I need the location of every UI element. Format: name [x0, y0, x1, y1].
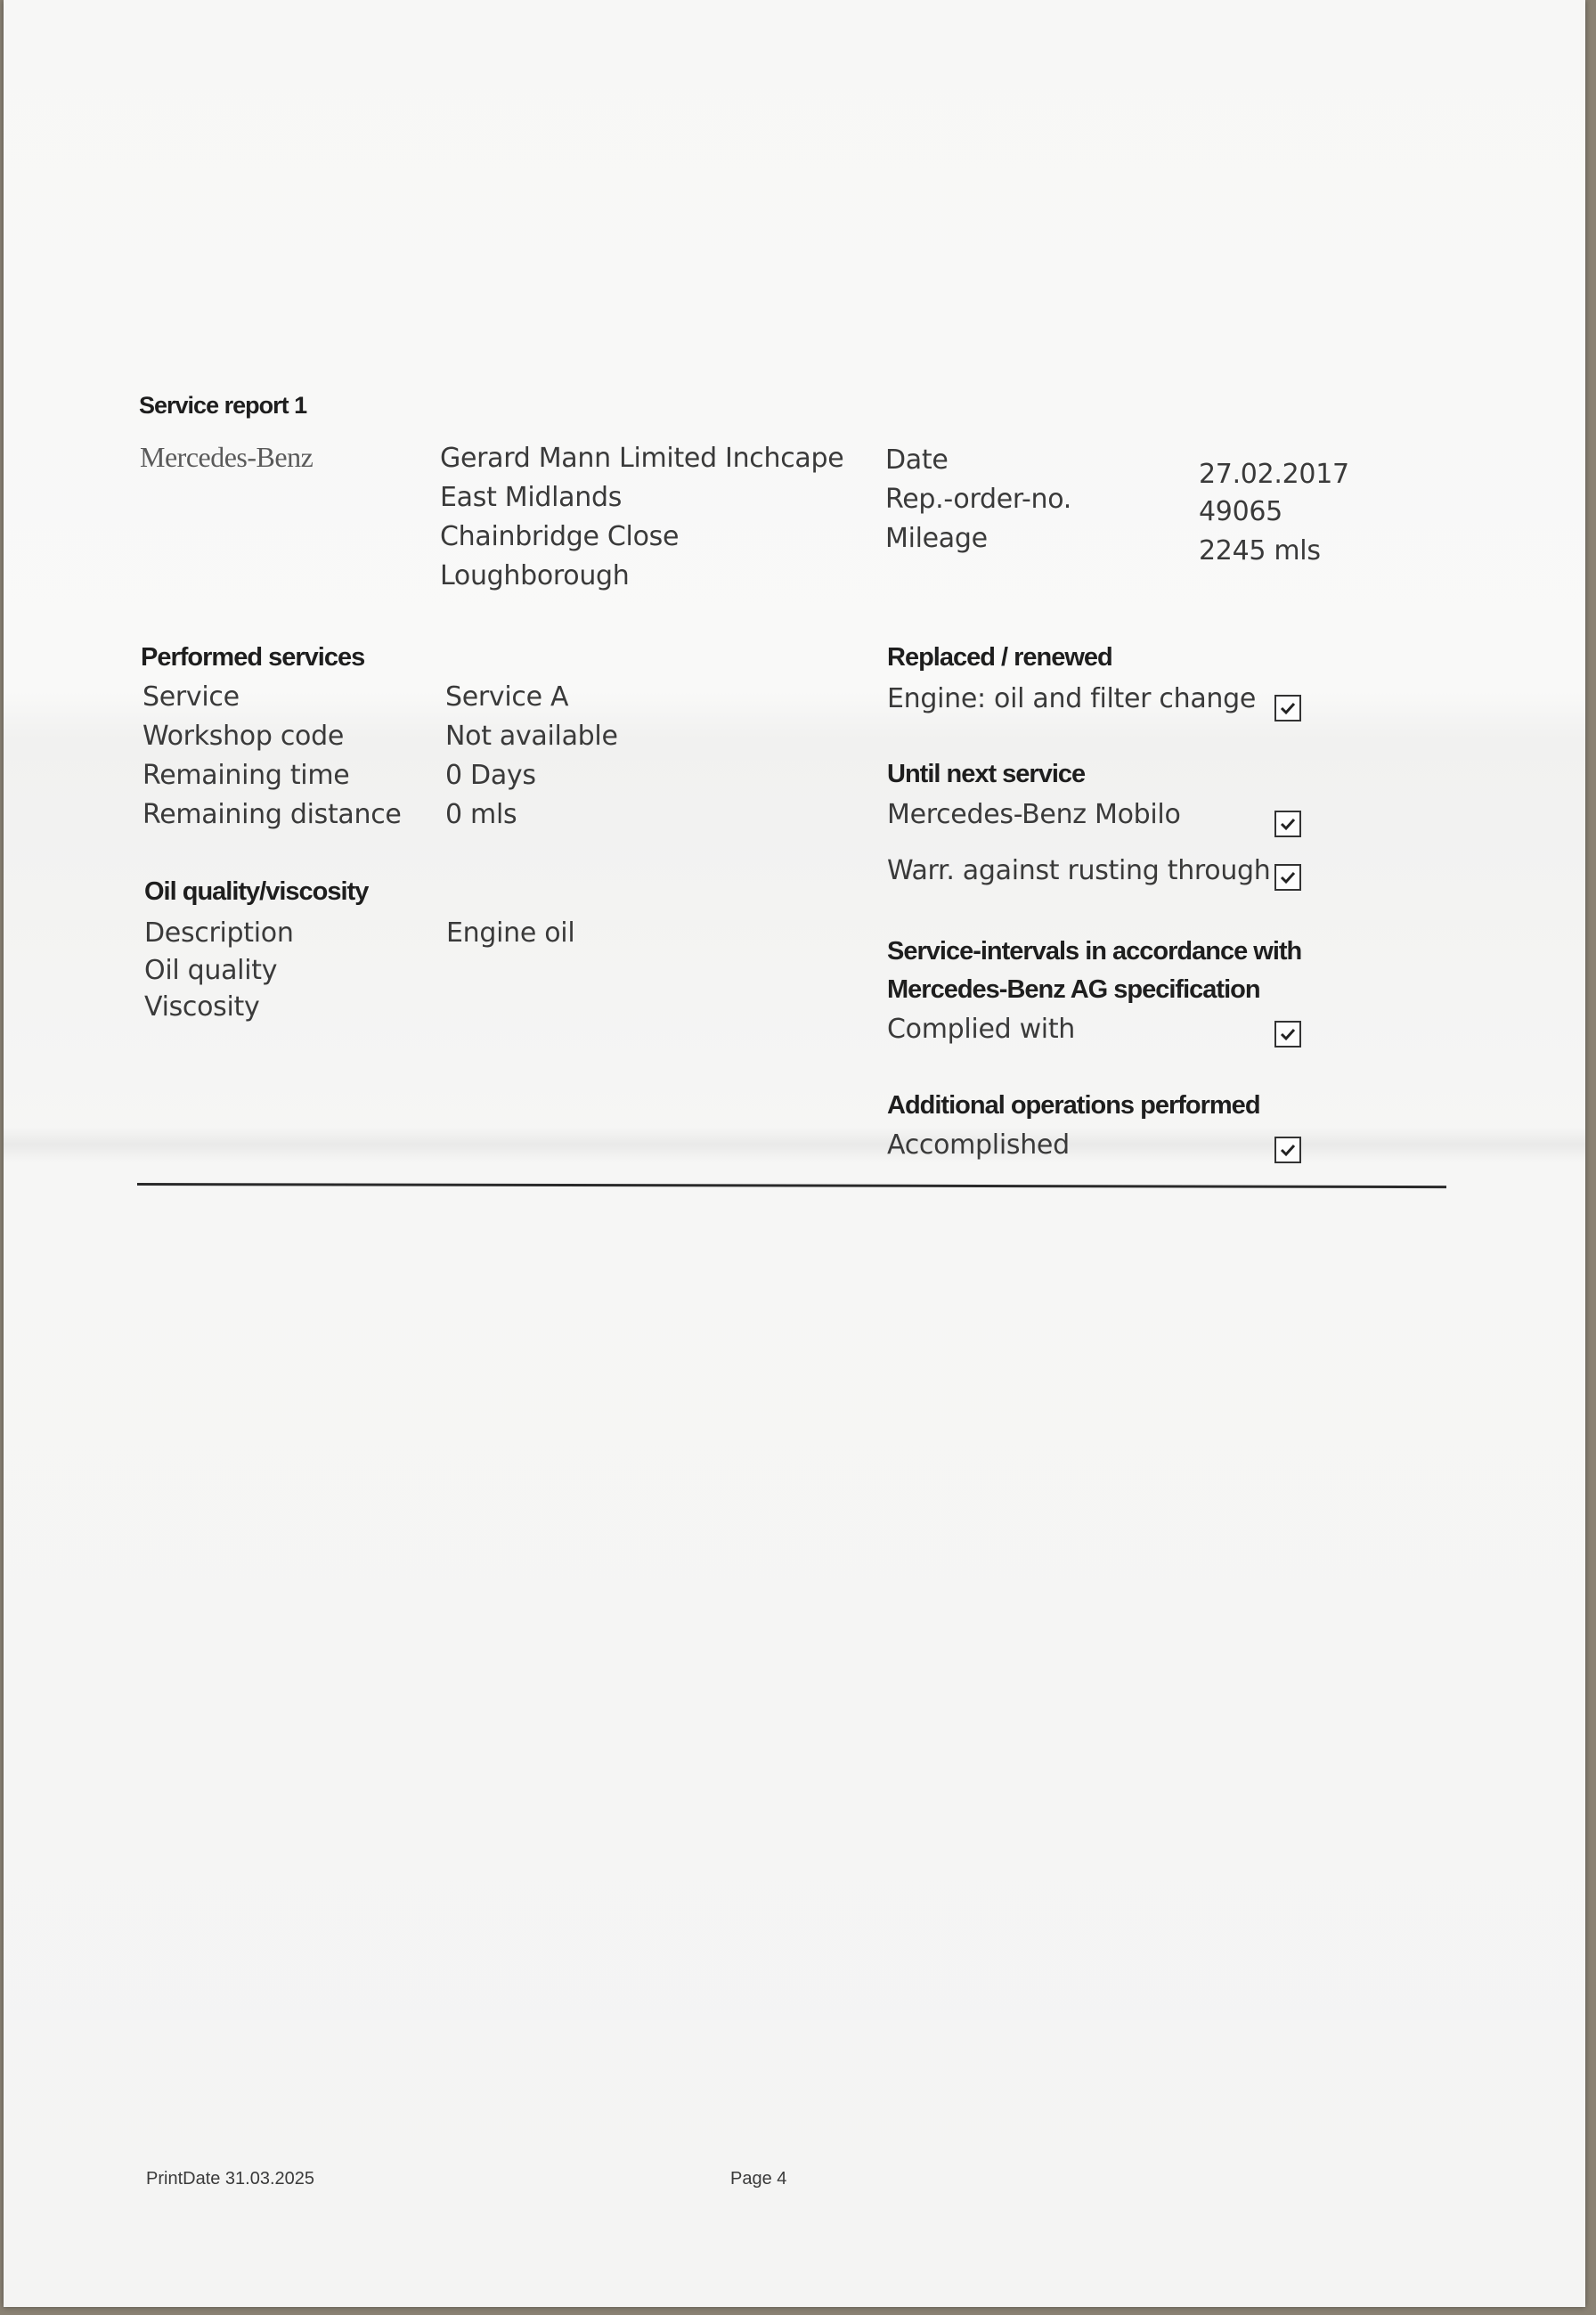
workshop-code-value: Not available [445, 721, 618, 752]
replaced-item-label: Engine: oil and filter change [887, 683, 1256, 714]
intervals-heading-line2: Mercedes-Benz AG specification [887, 975, 1260, 1005]
intervals-heading-line1: Service-intervals in accordance with [887, 937, 1301, 966]
check-icon [1279, 868, 1297, 886]
accomplished-label: Accomplished [887, 1129, 1070, 1161]
check-icon [1279, 1025, 1297, 1043]
dealer-line: East Midlands [440, 482, 622, 513]
mileage-value: 2245 mls [1199, 535, 1321, 567]
until-next-heading: Until next service [887, 760, 1085, 789]
service-value: Service A [445, 681, 568, 713]
oil-description-value: Engine oil [446, 917, 574, 949]
page-number: Page 4 [730, 2169, 786, 2189]
date-label: Date [885, 444, 949, 476]
print-date: PrintDate 31.03.2025 [146, 2169, 314, 2189]
mobilo-checkbox[interactable] [1274, 811, 1301, 837]
check-icon [1279, 699, 1297, 717]
dealer-line: Chainbridge Close [440, 521, 679, 552]
dealer-line: Loughborough [440, 560, 630, 591]
rep-order-label: Rep.-order-no. [885, 484, 1071, 515]
remaining-distance-label: Remaining distance [142, 799, 402, 830]
oil-quality-label: Oil quality [144, 955, 277, 986]
paper-fold [4, 1127, 1585, 1162]
accomplished-checkbox[interactable] [1274, 1137, 1301, 1163]
workshop-code-label: Workshop code [142, 721, 344, 752]
remaining-distance-value: 0 mls [445, 799, 517, 830]
oil-description-label: Description [144, 917, 294, 949]
oil-heading: Oil quality/viscosity [144, 877, 368, 907]
check-icon [1279, 1141, 1297, 1159]
rust-warranty-label: Warr. against rusting through [887, 855, 1271, 886]
brand-logo-text: Mercedes-Benz [140, 441, 313, 474]
section-divider [137, 1183, 1446, 1188]
rust-warranty-checkbox[interactable] [1274, 864, 1301, 891]
remaining-time-value: 0 Days [445, 760, 536, 791]
mileage-label: Mileage [885, 523, 988, 554]
date-value: 27.02.2017 [1199, 459, 1349, 490]
mobilo-label: Mercedes-Benz Mobilo [887, 799, 1181, 830]
additional-heading: Additional operations performed [887, 1091, 1260, 1121]
check-icon [1279, 815, 1297, 833]
viscosity-label: Viscosity [144, 991, 259, 1023]
performed-services-heading: Performed services [141, 643, 364, 672]
rep-order-value: 49065 [1199, 496, 1282, 527]
service-label: Service [142, 681, 240, 713]
remaining-time-label: Remaining time [142, 760, 349, 791]
document-page: Service report 1 Mercedes-Benz Gerard Ma… [4, 0, 1585, 2307]
replaced-item-checkbox[interactable] [1274, 695, 1301, 721]
dealer-line: Gerard Mann Limited Inchcape [440, 443, 843, 474]
complied-with-checkbox[interactable] [1274, 1021, 1301, 1047]
replaced-heading: Replaced / renewed [887, 643, 1112, 672]
complied-with-label: Complied with [887, 1014, 1075, 1045]
report-title: Service report 1 [139, 392, 306, 420]
